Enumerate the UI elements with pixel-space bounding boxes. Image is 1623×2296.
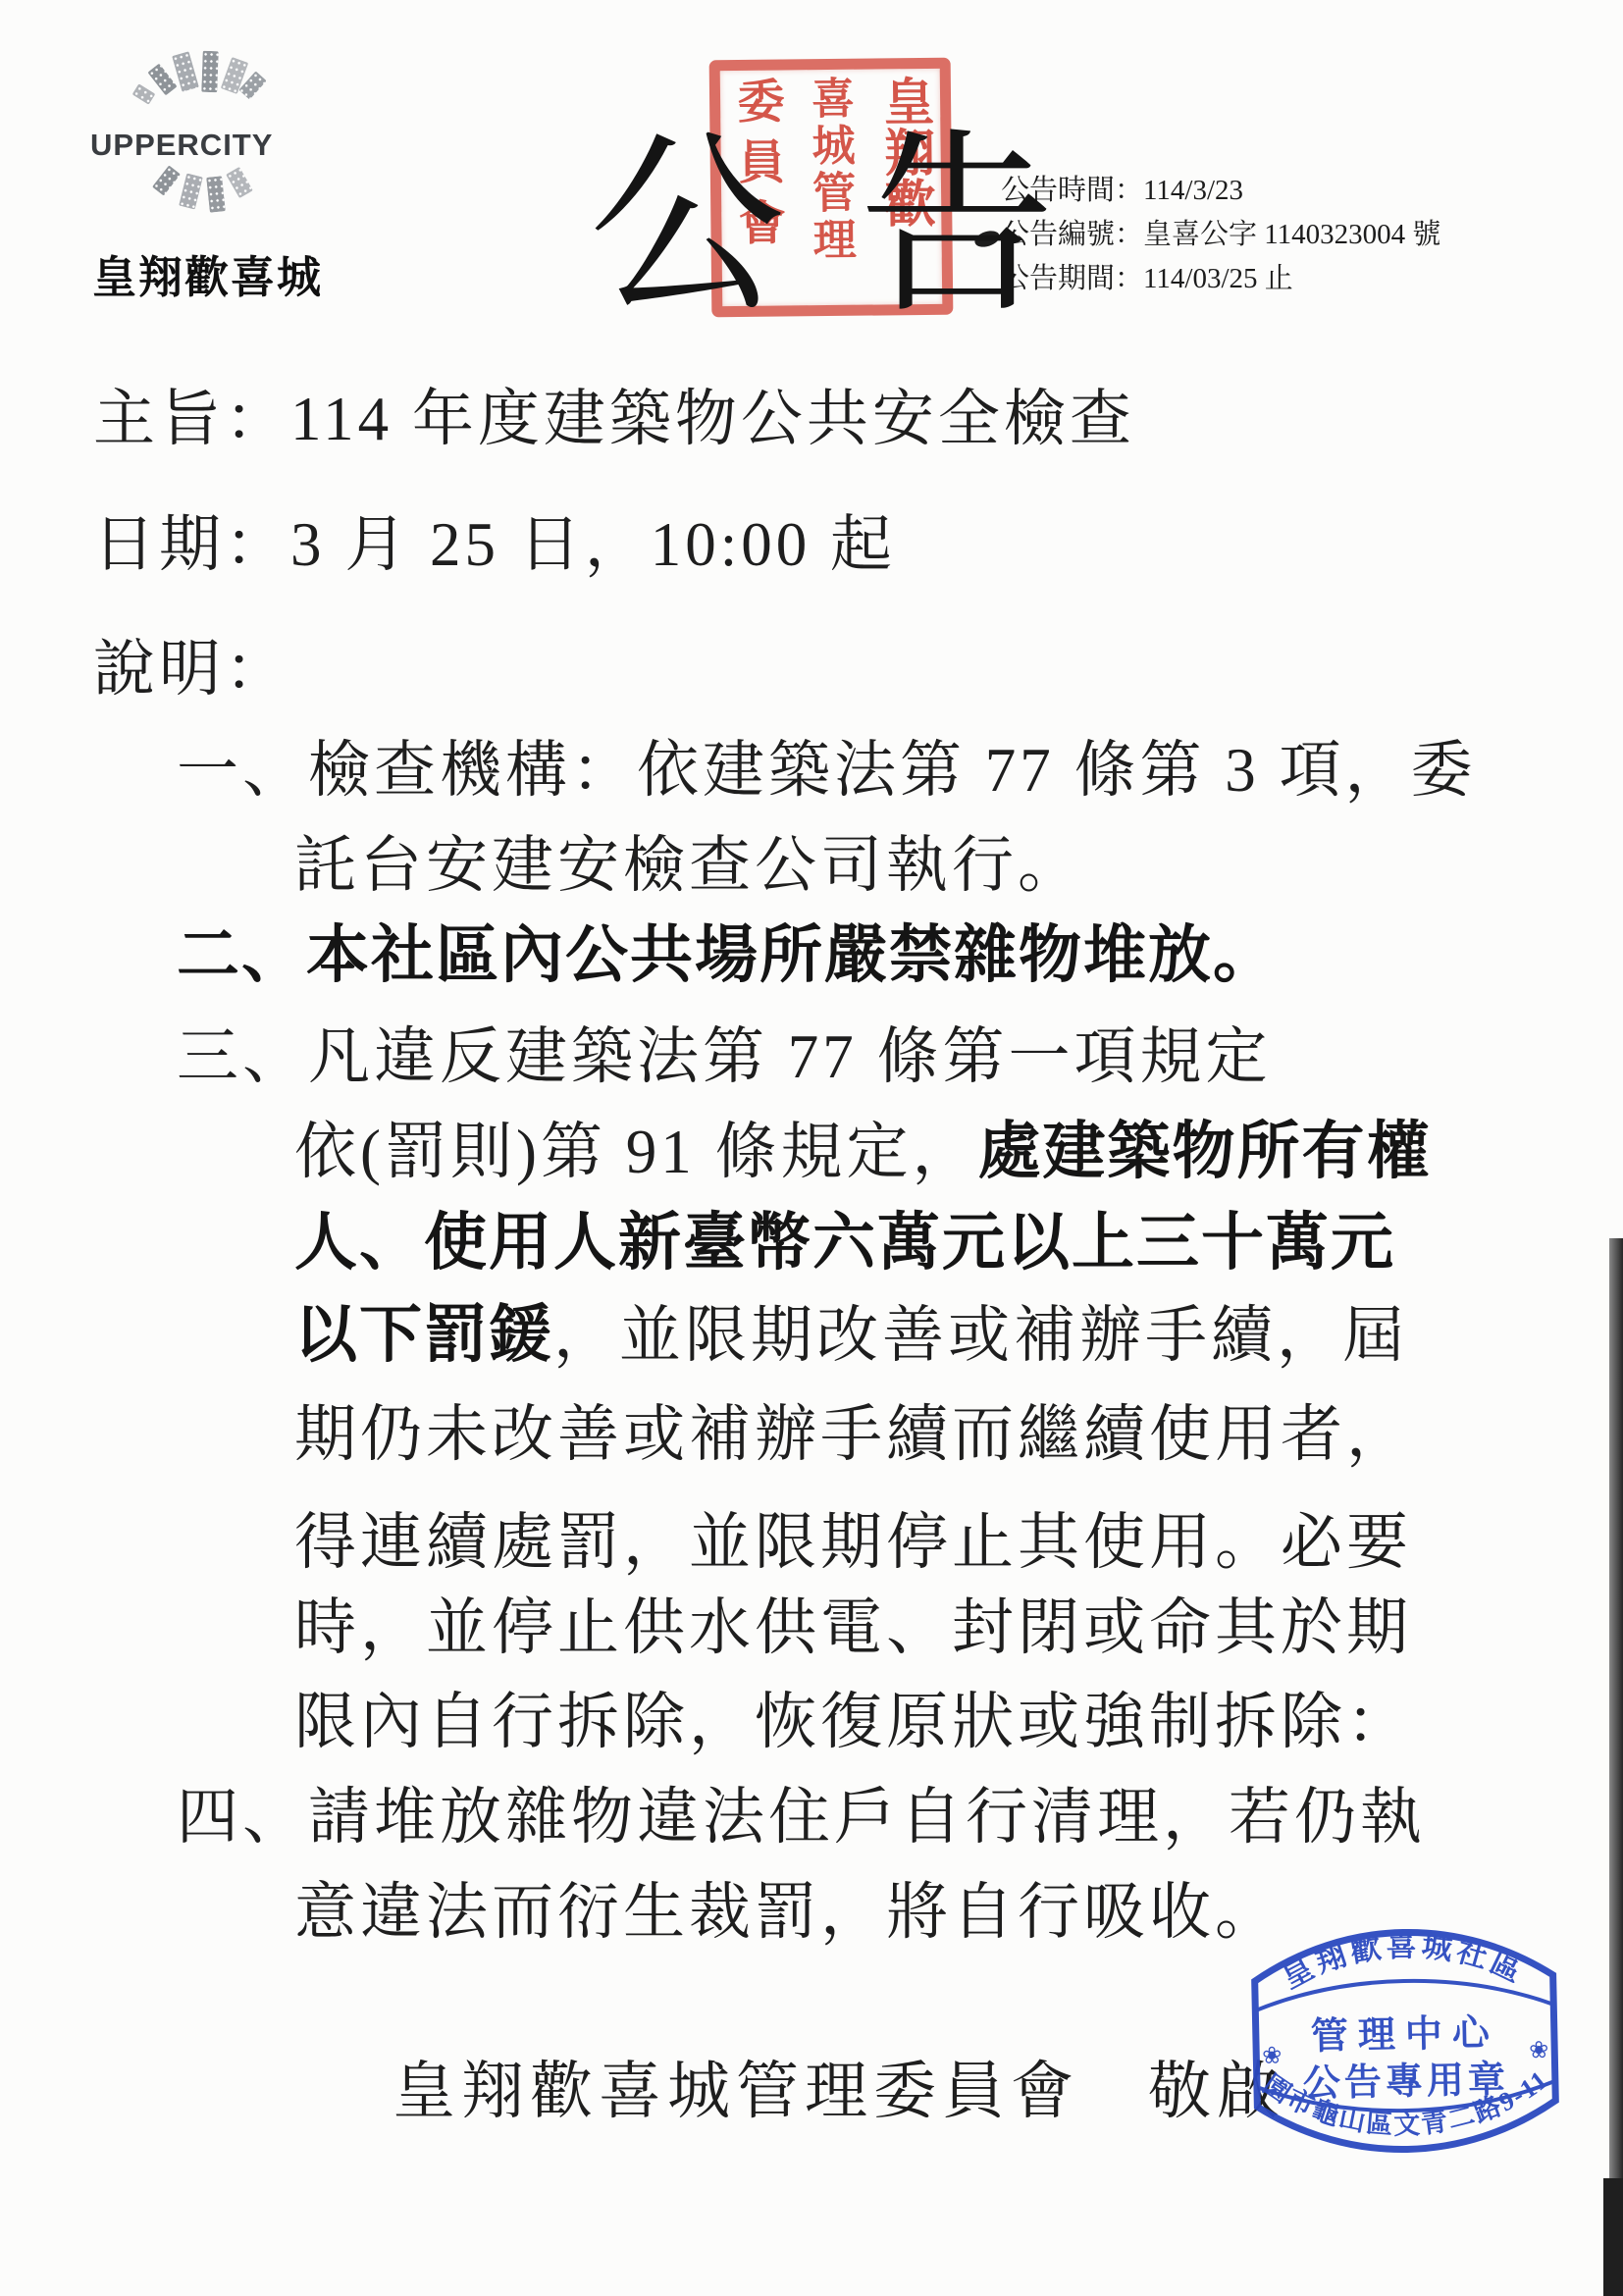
item3-line3: 人、使用人新臺幣六萬元以上三十萬元: [294, 1205, 1395, 1280]
blue-stamp-center-line1: 管理中心: [1310, 2012, 1499, 2058]
logo-building-icon: [147, 64, 177, 96]
item4-line2: 意違法而衍生裁罰，將自行吸收。: [294, 1876, 1281, 1951]
logo-building-icon: [152, 165, 181, 195]
scan-edge-shadow: [1609, 1238, 1623, 2296]
item3-line6: 得連續處罰，並限期停止其使用。必要: [294, 1506, 1412, 1581]
subject-line: 主旨：114 年度建築物公共安全檢查: [93, 383, 1135, 457]
logo-building-icon: [179, 173, 203, 209]
logo-building-icon: [201, 51, 218, 93]
item3-line8: 限內自行拆除，恢復原狀或強制拆除：: [294, 1686, 1412, 1760]
item3-line4-regular: ，並限期改善或補辦手續，屆: [553, 1301, 1408, 1370]
item2-line1: 二、本社區內公共場所嚴禁雜物堆放。: [177, 917, 1278, 993]
logo-building-icon: [226, 167, 253, 198]
item3-line1: 三、凡違反建築法第 77 條第一項規定: [177, 1020, 1272, 1095]
logo-building-icon: [206, 176, 226, 212]
page-title: 公告: [589, 126, 1128, 332]
signature-line: 皇翔歡喜城管理委員會 敬啟: [393, 2041, 1285, 2131]
item3-line2-bold: 處建築物所有權: [977, 1116, 1431, 1186]
date-line: 日期：3 月 25 日，10:00 起: [93, 508, 896, 583]
blue-office-stamp: 皇翔歡喜城社區 管理中心 公告專用章 ❀ ❀ 桃園市龜山區文青二路9-11號: [1235, 1888, 1575, 2193]
item3-line4: 以下罰鍰，並限期改善或補辦手續，屆: [294, 1297, 1408, 1374]
blue-stamp-community-text: 皇翔歡喜城社區: [1276, 1926, 1532, 1996]
item3-line5: 期仍未改善或補辦手續而繼續使用者，: [294, 1398, 1412, 1473]
item3-line2-regular: 依(罰則)第 91 條規定，: [294, 1118, 977, 1186]
item3-line7: 時，並停止供水供電、封閉或命其於期: [294, 1592, 1412, 1666]
scan-edge-shadow: [1603, 2178, 1623, 2296]
explain-label: 說明：: [93, 633, 290, 707]
logo-building-icon: [132, 83, 156, 105]
item1-line2: 託台安建安檢查公司執行。: [294, 829, 1083, 904]
blue-stamp-flower-icon: ❀: [1262, 2042, 1283, 2069]
uppercity-logo-icon: UPPERCITY: [90, 51, 316, 237]
item4-line1: 四、請堆放雜物違法住戶自行清理，若仍執: [177, 1781, 1426, 1855]
blue-stamp-flower-icon: ❀: [1529, 2036, 1549, 2063]
logo-brand-text: UPPERCITY: [90, 128, 316, 163]
item1-line1: 一、檢查機構：依建築法第 77 條第 3 項，委: [177, 734, 1477, 809]
svg-text:皇翔歡喜城社區: 皇翔歡喜城社區: [1276, 1926, 1532, 1996]
community-name: 皇翔歡喜城: [92, 241, 323, 305]
item3-line4-bold: 以下罰鍰: [294, 1299, 553, 1370]
announcement-document: UPPERCITY 皇翔歡喜城 公告 皇翔歡 喜城管理 委員會 公告時間：114…: [0, 0, 1623, 2296]
item3-line2: 依(罰則)第 91 條規定，處建築物所有權: [294, 1114, 1431, 1190]
